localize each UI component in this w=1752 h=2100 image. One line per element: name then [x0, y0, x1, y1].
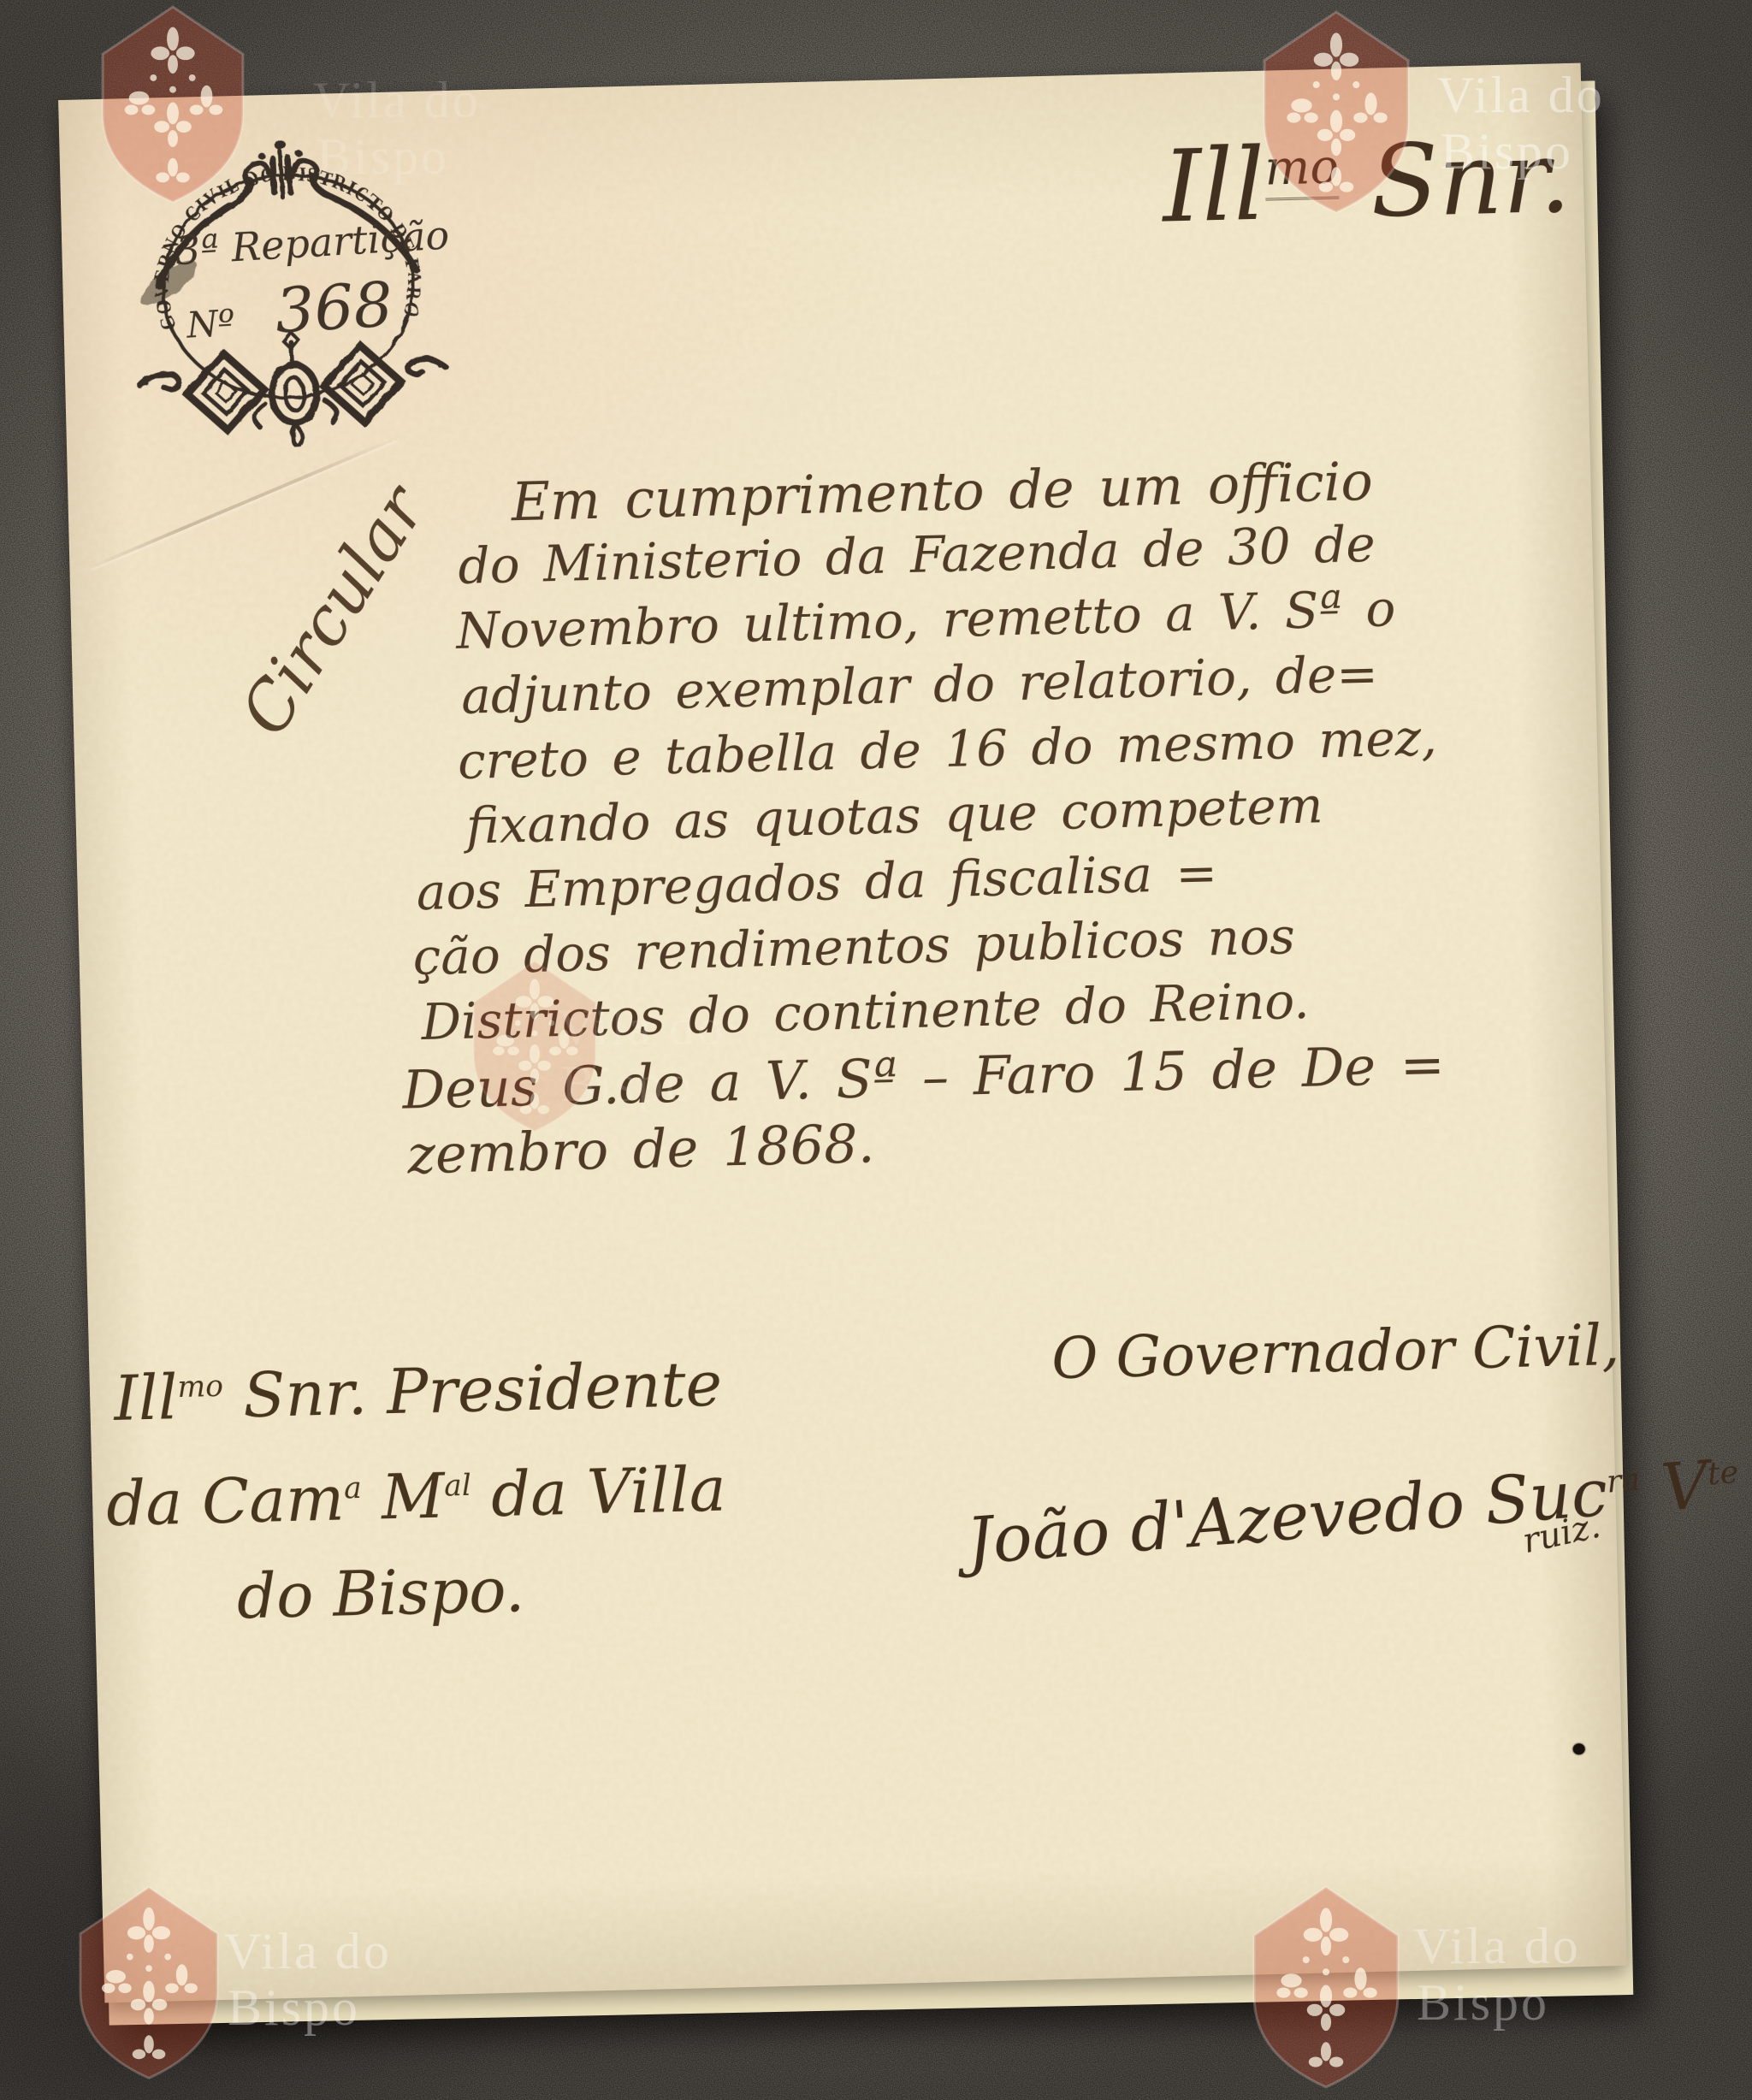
addressee-l2-a: da Cam — [105, 1462, 345, 1540]
addressee-line-3: do Bispo. — [108, 1536, 730, 1647]
office-line: O Governador Civil, — [1051, 1312, 1620, 1392]
addressee-l2-b-sup: al — [444, 1469, 472, 1504]
stamp-number-prefix: Nº — [186, 301, 236, 346]
addressee-l1-main: Ill — [113, 1361, 179, 1435]
salutation-superscript: mo — [1264, 139, 1340, 200]
addressee-line-2: da Cama Mal da Villa — [105, 1431, 727, 1552]
salutation-rest: Snr. — [1338, 120, 1572, 241]
signature-main: João d'Azevedo Suc — [964, 1454, 1611, 1579]
addressee-line-1: Illmo Snr. Presidente — [103, 1327, 725, 1447]
signature-sup-1: ra — [1605, 1461, 1641, 1500]
stamp-number: Nº368 — [184, 268, 394, 352]
addressee-l2-a-sup: a — [344, 1471, 363, 1505]
addressee-block: Illmo Snr. Presidente da Cama Mal da Vil… — [103, 1327, 730, 1647]
salutation-main: Ill — [1161, 127, 1266, 245]
addressee-l1-sup: mo — [177, 1369, 224, 1405]
signature-mid: V — [1638, 1446, 1712, 1528]
signature-sup-2: te — [1706, 1453, 1739, 1493]
ink-dot — [1573, 1743, 1585, 1754]
addressee-l2-c: da Villa — [471, 1452, 726, 1530]
letter-paper: GOVERNO CIVIL DO DISTRICTO DE FARO — [58, 63, 1627, 2003]
stamp-number-value: 368 — [273, 268, 394, 346]
addressee-l1-rest: Snr. Presidente — [222, 1347, 723, 1431]
registry-stamp: GOVERNO CIVIL DO DISTRICTO DE FARO — [120, 109, 457, 456]
photo-scene: GOVERNO CIVIL DO DISTRICTO DE FARO — [0, 0, 1752, 2100]
salutation: Illmo Snr. — [1161, 120, 1571, 245]
letter-body: Em cumprimento de um officio do Minister… — [382, 448, 1460, 1189]
addressee-l2-b: M — [361, 1459, 446, 1533]
